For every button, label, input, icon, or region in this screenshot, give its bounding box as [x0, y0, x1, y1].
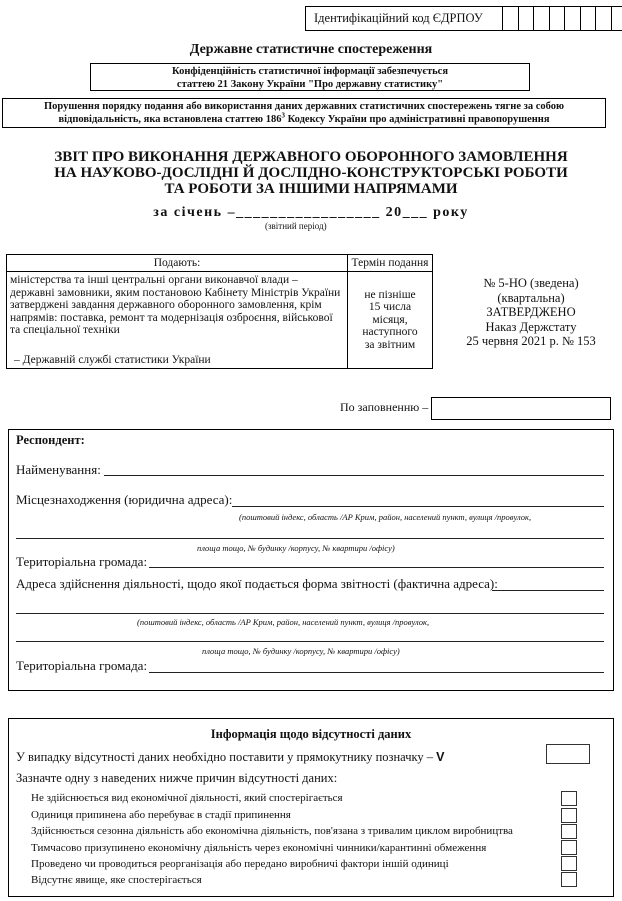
reason-checkbox[interactable] [561, 856, 577, 871]
reason-checkbox[interactable] [561, 824, 577, 839]
absence-title: Інформація щодо відсутності даних [9, 727, 613, 742]
reason-checkbox[interactable] [561, 840, 577, 855]
absence-mark-box[interactable] [546, 744, 590, 764]
survey-title: Державне статистичне спостереження [0, 42, 622, 58]
confidentiality-line: Конфіденційність статистичної інформації… [91, 65, 529, 78]
community-label: Територіальна громада: [16, 554, 147, 570]
violation-line: відповідальність, яка встановлена статте… [3, 113, 605, 126]
reason-label: Тимчасово призупинено економічну діяльні… [31, 842, 486, 854]
legal-address-input-line-2[interactable] [16, 538, 604, 539]
reason-label: Не здійснюється вид економічної діяльнос… [31, 792, 343, 804]
absence-instruction: У випадку відсутності даних необхідно по… [16, 750, 445, 765]
reporting-period-hint: (звітний період) [265, 221, 327, 231]
form-number: № 5-НО (зведена) [440, 276, 622, 291]
reason-label: Здійснюється сезонна діяльність або екон… [31, 825, 513, 837]
absence-instruction-text: У випадку відсутності даних необхідно по… [16, 750, 436, 764]
order-date: 25 червня 2021 р. № 153 [440, 334, 622, 349]
edrpou-digit-cell[interactable] [550, 7, 566, 30]
edrpou-digit-cell[interactable] [534, 7, 550, 30]
approved-label: ЗАТВЕРДЖЕНО [440, 305, 622, 320]
actual-address-label: Адреса здійснення діяльності, щодо якої … [16, 576, 498, 592]
order-issuer: Наказ Держстату [440, 320, 622, 335]
edrpou-code-field: Ідентифікаційний код ЄДРПОУ [305, 6, 622, 31]
community-input-line-2[interactable] [149, 672, 604, 673]
actual-address-hint-2: площа тощо, № будинку /корпусу, № кварти… [202, 646, 400, 656]
respondent-title: Респондент: [16, 433, 85, 448]
edrpou-digit-cell[interactable] [612, 7, 622, 30]
submitters-cell: міністерства та інші центральні органи в… [7, 272, 348, 369]
legal-address-input-line[interactable] [232, 506, 604, 507]
check-mark-symbol: V [436, 750, 444, 764]
edrpou-digit-cell[interactable] [565, 7, 581, 30]
violation-text: відповідальність, яка встановлена статте… [58, 114, 281, 125]
choose-reason-text: Зазначте одну з наведених нижче причин в… [16, 771, 337, 786]
deadline-cell: не пізніше 15 числа місяця, наступного з… [348, 272, 433, 369]
report-title-line: ЗВІТ ПРО ВИКОНАННЯ ДЕРЖАВНОГО ОБОРОННОГО… [0, 149, 622, 165]
edrpou-digit-cell[interactable] [503, 7, 519, 30]
submitters-text: міністерства та інші центральні органи в… [10, 274, 344, 337]
actual-address-input-line[interactable] [492, 590, 604, 591]
fill-input-box[interactable] [431, 397, 611, 420]
deadline-line: не пізніше [350, 289, 430, 302]
fill-label: По заповненню – [340, 400, 428, 415]
recipient-text: – Державній службі статистики України [10, 354, 344, 367]
report-title-line: НА НАУКОВО-ДОСЛІДНІ Й ДОСЛІДНО-КОНСТРУКТ… [0, 165, 622, 181]
reporting-period: за січень –_________________ 20___ року [0, 205, 622, 221]
reason-checkbox[interactable] [561, 791, 577, 806]
actual-address-hint: (поштовий індекс, область /АР Крим, райо… [137, 617, 429, 627]
column-header-submitters: Подають: [7, 255, 348, 272]
community-label-2: Територіальна громада: [16, 658, 147, 674]
violation-notice: Порушення порядку подання або використан… [2, 98, 606, 128]
column-header-deadline: Термін подання [348, 255, 433, 272]
report-title: ЗВІТ ПРО ВИКОНАННЯ ДЕРЖАВНОГО ОБОРОННОГО… [0, 149, 622, 197]
legal-address-hint-2: площа тощо, № будинку /корпусу, № кварти… [197, 543, 395, 553]
form-approval-info: № 5-НО (зведена) (квартальна) ЗАТВЕРДЖЕН… [440, 276, 622, 349]
respondent-section: Респондент: Найменування: Місцезнаходжен… [8, 429, 614, 691]
confidentiality-line: статтею 21 Закону України "Про державну … [91, 78, 529, 91]
submission-table: Подають: Термін подання міністерства та … [6, 254, 433, 369]
reason-checkbox[interactable] [561, 808, 577, 823]
name-label: Найменування: [16, 462, 101, 478]
community-input-line[interactable] [149, 567, 604, 568]
deadline-line: 15 числа місяця, [350, 301, 430, 326]
edrpou-digit-cell[interactable] [519, 7, 535, 30]
edrpou-digit-cell[interactable] [581, 7, 597, 30]
reason-checkbox[interactable] [561, 872, 577, 887]
confidentiality-notice: Конфіденційність статистичної інформації… [90, 63, 530, 91]
edrpou-label: Ідентифікаційний код ЄДРПОУ [306, 7, 503, 30]
actual-address-input-line-3[interactable] [16, 641, 604, 642]
legal-address-label: Місцезнаходження (юридична адреса): [16, 492, 232, 508]
reason-label: Одиниця припинена або перебуває в стадії… [31, 809, 291, 821]
reason-label: Відсутнє явище, яке спостерігається [31, 874, 202, 886]
deadline-line: за звітним [350, 339, 430, 352]
form-frequency: (квартальна) [440, 291, 622, 306]
name-input-line[interactable] [104, 475, 604, 476]
deadline-line: наступного [350, 326, 430, 339]
legal-address-hint: (поштовий індекс, область /АР Крим, райо… [239, 512, 531, 522]
reason-label: Проведено чи проводиться реорганізація а… [31, 858, 449, 870]
edrpou-digit-cell[interactable] [596, 7, 612, 30]
violation-text: Кодексу України про адміністративні прав… [285, 114, 550, 125]
violation-line: Порушення порядку подання або використан… [3, 100, 605, 113]
data-absence-section: Інформація щодо відсутності даних У випа… [8, 718, 614, 897]
report-title-line: ТА РОБОТИ ЗА ІНШИМИ НАПРЯМАМИ [0, 181, 622, 197]
actual-address-input-line-2[interactable] [16, 613, 604, 614]
